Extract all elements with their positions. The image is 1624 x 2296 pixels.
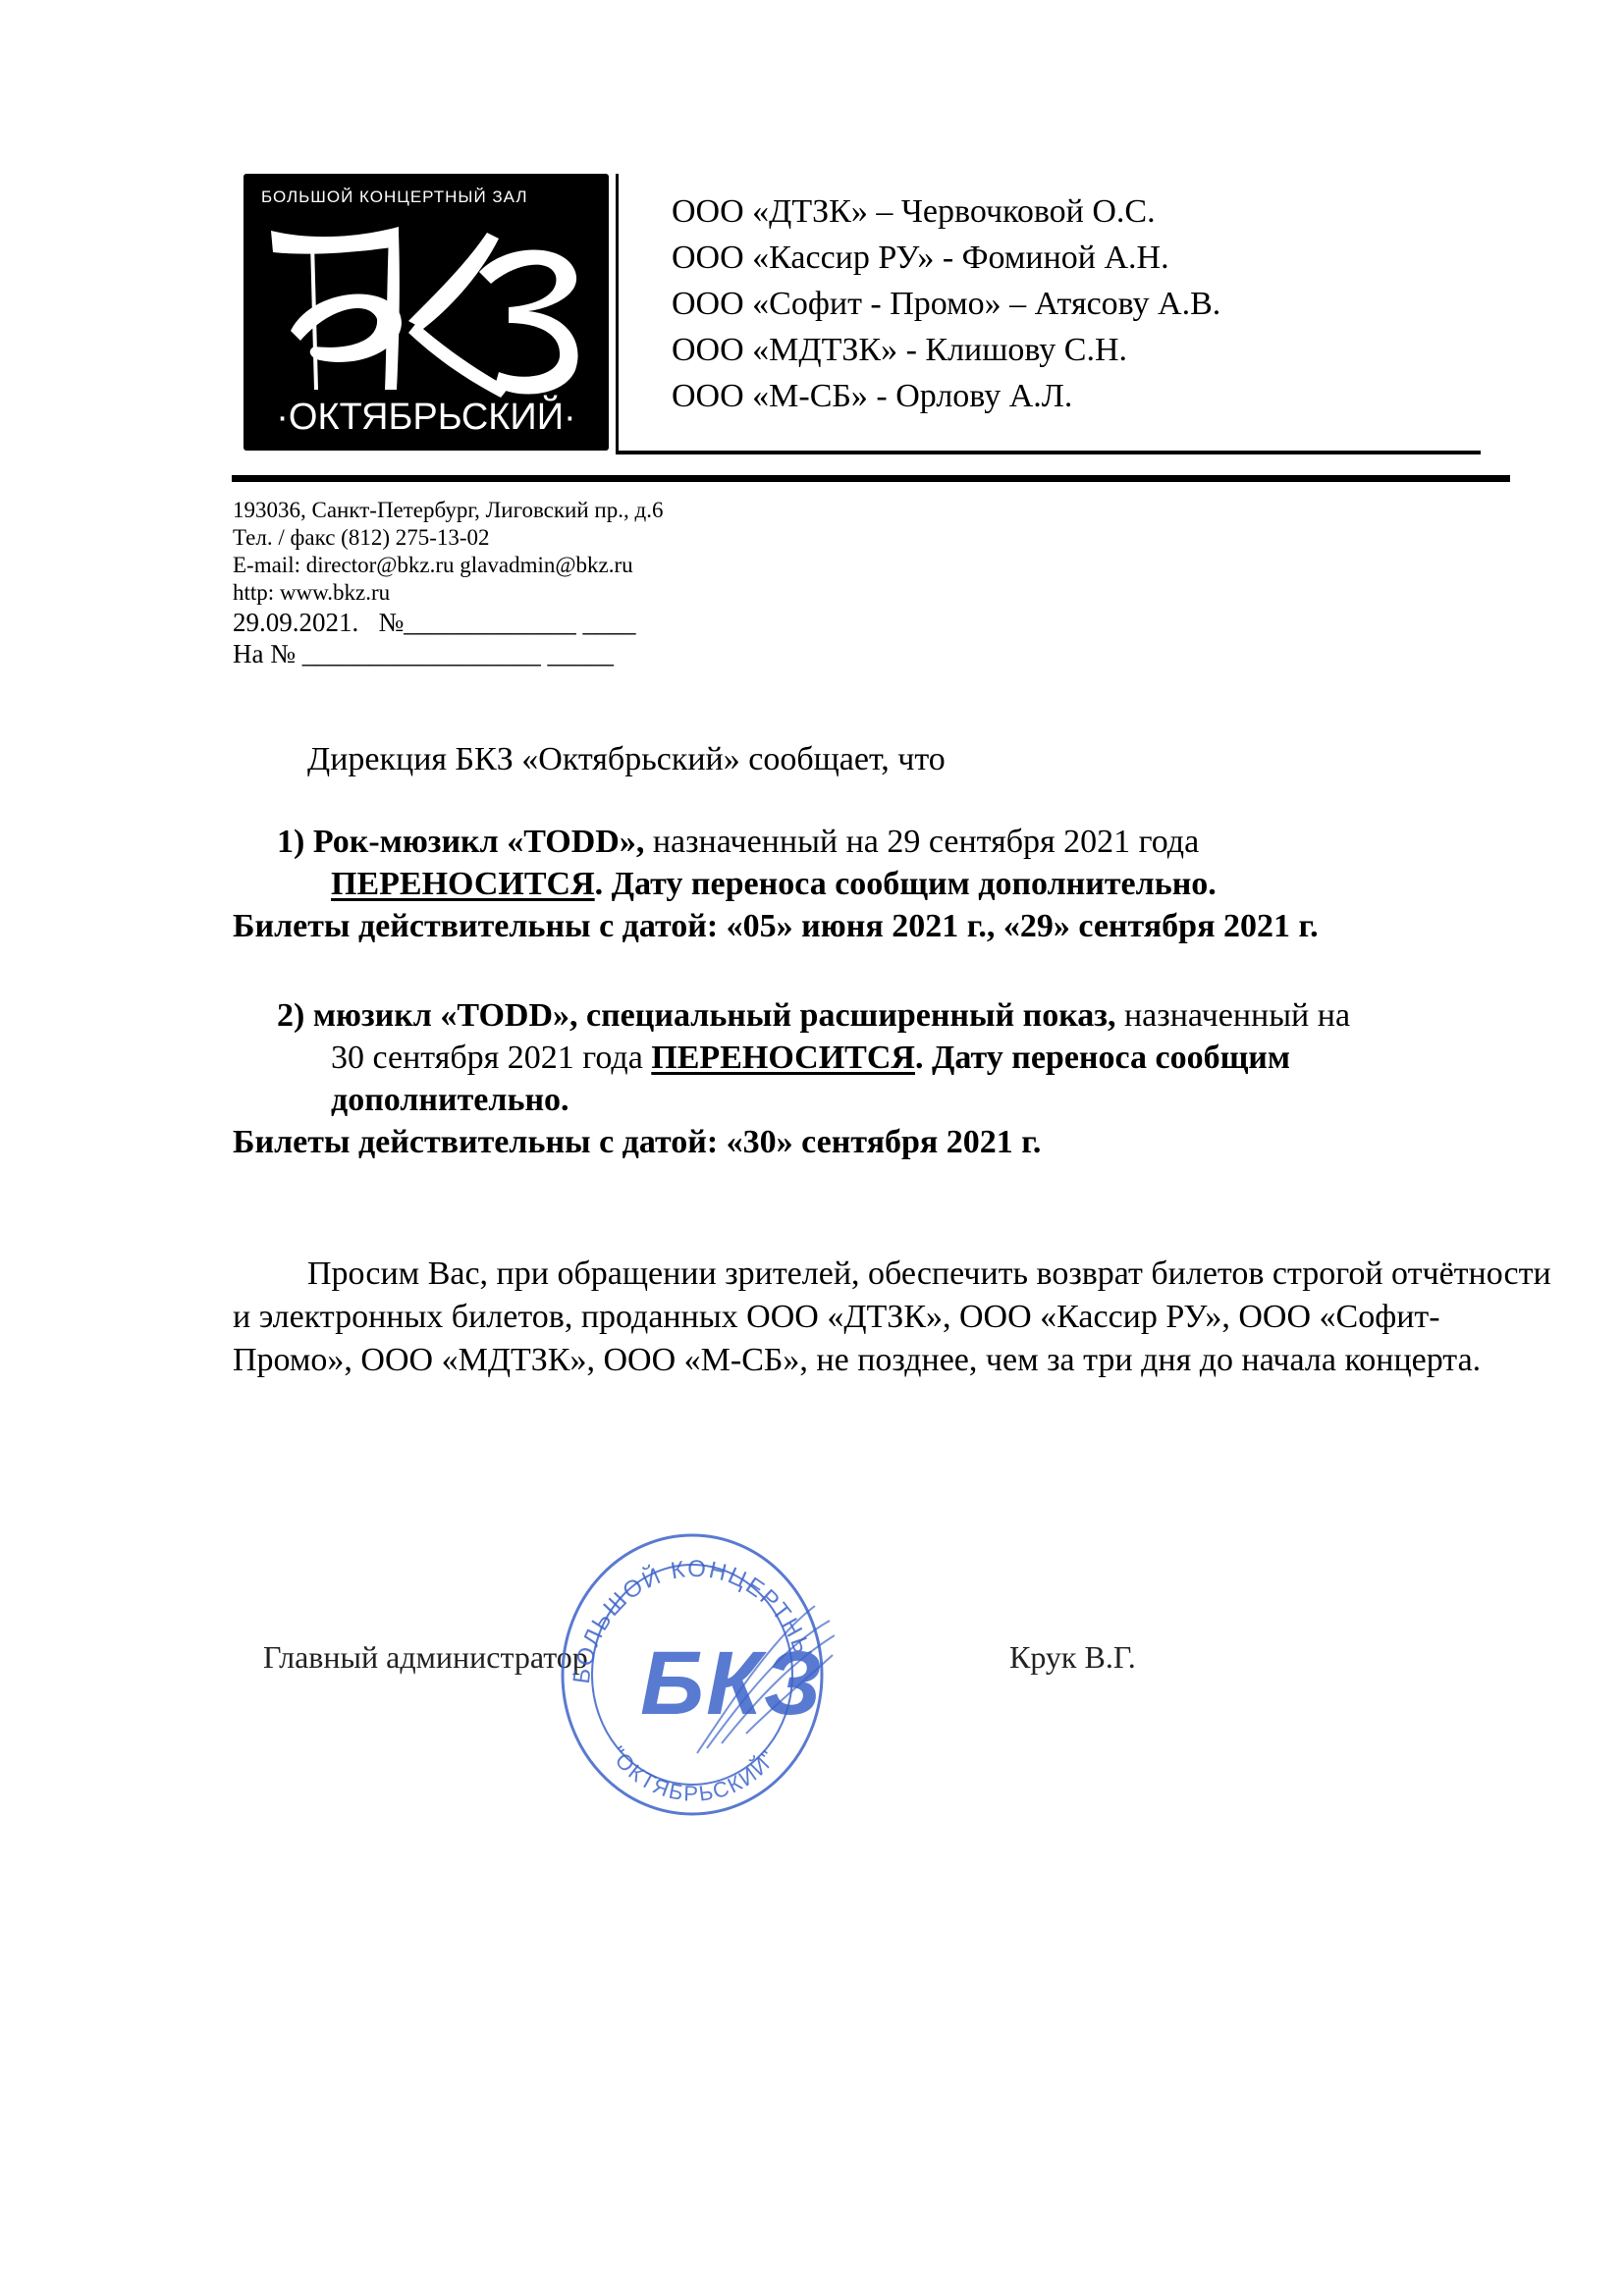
logo-top-text: БОЛЬШОЙ КОНЦЕРТНЫЙ ЗАЛ [261,187,528,207]
item2-line2: 30 сентября 2021 года ПЕРЕНОСИТСЯ. Дату … [331,1037,1290,1080]
address: 193036, Санкт-Петербург, Лиговский пр., … [233,497,663,524]
website: http: www.bkz.ru [233,579,663,607]
item1-line1: 1) Рок-мюзикл «TODD», назначенный на 29 … [277,821,1199,864]
item1-note: . Дату переноса сообщим дополнительно. [595,866,1217,902]
recipient-item: ООО «Кассир РУ» - Фоминой А.Н. [672,235,1220,281]
item1-scheduled: назначенный на 29 сентября 2021 года [644,824,1199,860]
contact-block: 193036, Санкт-Петербург, Лиговский пр., … [233,497,663,669]
item2-scheduled-b: 30 сентября 2021 года [331,1040,651,1076]
bkz-monogram-icon [251,213,601,400]
request-text: Просим Вас, при обращении зрителей, обес… [233,1255,1551,1378]
recipient-item: ООО «Софит - Промо» – Атясову А.В. [672,281,1220,327]
item2-note-b: дополнительно. [331,1079,569,1122]
item2-scheduled-a: назначенный на [1115,997,1350,1034]
official-stamp-icon: БОЛЬШОЙ КОНЦЕРТНЫЙ "ОКТЯБРЬСКИЙ" БКЗ [550,1527,835,1822]
header-divider [232,475,1510,482]
item2-number: 2) [277,997,304,1034]
item1-title: Рок-мюзикл «TODD», [313,824,645,860]
bkz-logo: БОЛЬШОЙ КОНЦЕРТНЫЙ ЗАЛ ·ОКТЯБРЬСКИЙ· [244,174,609,451]
email: E-mail: director@bkz.ru glavadmin@bkz.ru [233,552,663,579]
item2-tickets: Билеты действительны с датой: «30» сентя… [233,1121,1041,1164]
recipient-list: ООО «ДТЗК» – Червочковой О.С. ООО «Касси… [672,188,1220,419]
recipient-item: ООО «М-СБ» - Орлову А.Л. [672,373,1220,419]
item2-note-a: . Дату переноса сообщим [915,1040,1290,1076]
item1-tickets: Билеты действительны с датой: «05» июня … [233,905,1319,948]
item1-line2: ПЕРЕНОСИТСЯ. Дату переноса сообщим допол… [331,863,1217,906]
item2-title: мюзикл «TODD», специальный расширенный п… [313,997,1116,1034]
stamp-center-text: БКЗ [640,1633,824,1734]
item2-line1: 2) мюзикл «TODD», специальный расширенны… [277,994,1350,1038]
phone: Тел. / факс (812) 275-13-02 [233,524,663,552]
signatory-title: Главный администратор [263,1639,588,1676]
item1-number: 1) [277,824,304,860]
recipient-item: ООО «МДТЗК» - Клишову С.Н. [672,327,1220,373]
logo-bottom-text: ·ОКТЯБРЬСКИЙ· [244,397,609,439]
item2-status: ПЕРЕНОСИТСЯ [651,1040,915,1076]
request-paragraph: Просим Вас, при обращении зрителей, обес… [233,1253,1558,1382]
recipient-item: ООО «ДТЗК» – Червочковой О.С. [672,188,1220,235]
date-number: 29.09.2021. №_____________ ____ [233,607,663,638]
reply-number: На № __________________ _____ [233,638,663,669]
item1-status: ПЕРЕНОСИТСЯ [331,866,595,902]
signatory-name: Крук В.Г. [1009,1639,1136,1676]
intro-text: Дирекция БКЗ «Октябрьский» сообщает, что [307,738,946,781]
